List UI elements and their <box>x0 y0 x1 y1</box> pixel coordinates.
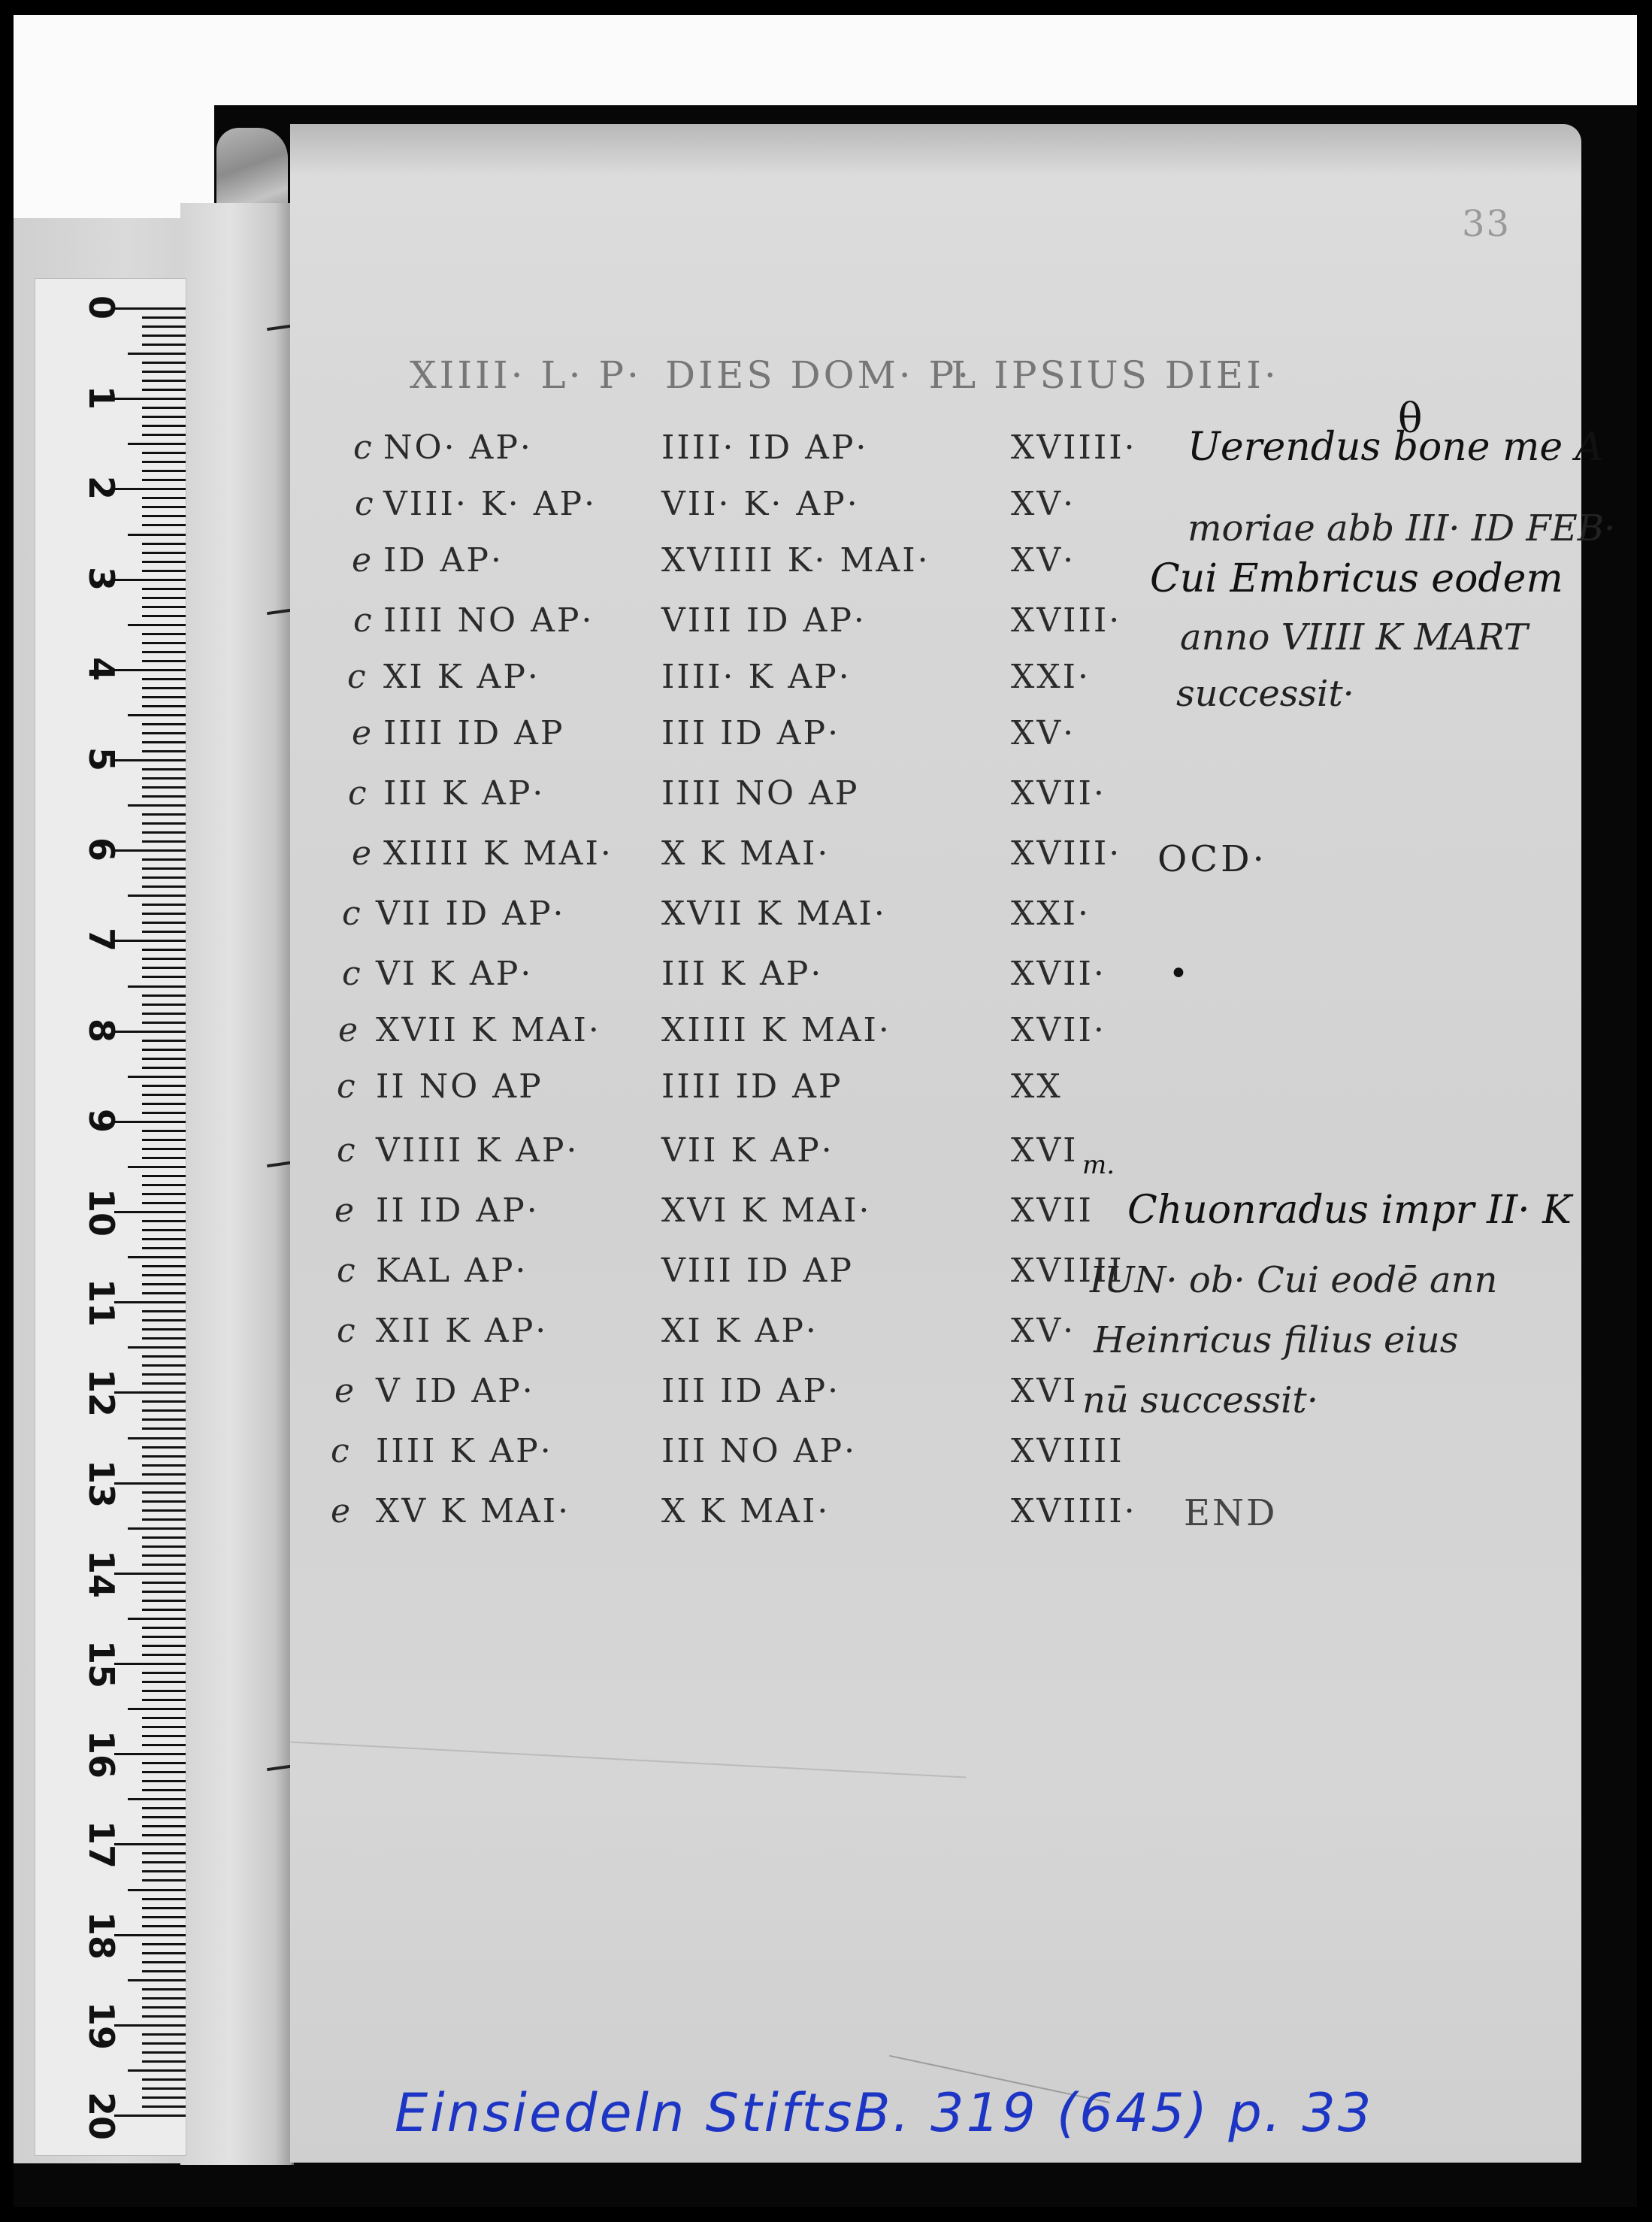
ruler-tick <box>142 1545 186 1548</box>
ruler-tick <box>142 949 186 951</box>
ruler-tick <box>142 1130 186 1132</box>
ruler-tick <box>114 849 186 852</box>
table-cell-col1: IIII NO AP· <box>383 601 594 640</box>
ruler-tick <box>142 1509 186 1512</box>
ruler-tick <box>114 1663 186 1665</box>
table-cell-col3: XVII <box>1011 1191 1094 1230</box>
ruler-tick <box>142 552 186 554</box>
ruler-number: 6 <box>84 827 119 872</box>
margin-note-line: Chuonradus impr II· K <box>1127 1188 1572 1233</box>
table-cell-col1: XIIII K MAI· <box>383 834 613 873</box>
table-cell-col3: XVI <box>1011 1131 1078 1170</box>
ruler-tick <box>142 813 186 816</box>
ruler-tick <box>142 1997 186 1999</box>
ruler-tick <box>142 1952 186 1954</box>
table-cell-col1: VIIII K AP· <box>376 1131 579 1170</box>
ruler-tick <box>142 1473 186 1476</box>
ruler-tick <box>142 642 186 644</box>
table-cell-col1: XV K MAI· <box>376 1492 570 1530</box>
ruler-tick <box>142 1771 186 1773</box>
row-letter: c <box>331 1432 349 1470</box>
ruler-tick <box>142 795 186 798</box>
ruler-tick <box>142 1907 186 1909</box>
ruler-tick <box>142 931 186 933</box>
ruler-tick <box>142 822 186 825</box>
margin-note-line: anno VIIII K MART <box>1180 616 1528 658</box>
row-letter: c <box>337 1067 356 1106</box>
ruler-tick <box>114 488 186 490</box>
ruler-tick <box>142 1726 186 1728</box>
row-letter: c <box>353 601 372 640</box>
ruler-tick <box>142 325 186 328</box>
table-cell-col1: VI K AP· <box>376 955 533 993</box>
ruler-tick <box>142 876 186 879</box>
table-cell-col2: VII K AP· <box>661 1131 834 1170</box>
ruler-tick <box>142 2060 186 2063</box>
folio-number: 33 <box>1462 203 1511 245</box>
ruler-tick <box>142 2015 186 2018</box>
ruler-tick <box>142 1004 186 1006</box>
ruler-tick <box>142 2033 186 2036</box>
ruler-tick <box>142 1247 186 1249</box>
ruler-tick <box>142 994 186 997</box>
margin-note-line: moriae abb III· ID FEB· <box>1188 507 1615 549</box>
table-cell-col2: III ID AP· <box>661 714 840 752</box>
margin-note-line: IUN· ob· Cui eodē ann <box>1090 1259 1497 1301</box>
table-cell-col2: III NO AP· <box>661 1432 857 1470</box>
ruler-tick <box>142 1328 186 1330</box>
ruler-tick <box>128 1166 186 1168</box>
table-cell-col3: XXI· <box>1011 658 1091 696</box>
ruler-number: 5 <box>84 737 119 782</box>
ruler-tick <box>114 1843 186 1845</box>
ruler-tick <box>142 958 186 960</box>
table-cell-col1: II NO AP <box>376 1067 543 1106</box>
ruler-number: 4 <box>84 646 119 692</box>
ruler-tick <box>142 696 186 698</box>
ruler-tick <box>142 976 186 978</box>
ruler-tick <box>142 858 186 861</box>
row-letter: e <box>352 834 371 873</box>
ruler-number: 20 <box>84 2092 119 2137</box>
ruler-number: 9 <box>84 1098 119 1143</box>
ruler-tick <box>142 543 186 545</box>
ruler-tick <box>114 2024 186 2027</box>
row-letter: c <box>342 955 361 993</box>
ruler-tick <box>142 1807 186 1809</box>
row-letter: c <box>342 895 361 933</box>
ruler-tick <box>142 1744 186 1746</box>
ruler-tick <box>128 2069 186 2072</box>
ruler-tick <box>142 913 186 915</box>
ruler-tick <box>142 371 186 373</box>
ruler-tick <box>142 1636 186 1638</box>
ruler-tick <box>142 1103 186 1105</box>
ruler-tick <box>142 1645 186 1647</box>
ruler-tick <box>114 579 186 581</box>
ruler-tick <box>142 389 186 391</box>
ruler-tick <box>142 1735 186 1737</box>
row-letter: c <box>347 658 366 696</box>
ruler-tick <box>142 1554 186 1557</box>
ruler-tick <box>142 2087 186 2090</box>
ruler-tick <box>142 570 186 572</box>
table-cell-col2: XVII K MAI· <box>661 895 887 933</box>
ruler-tick <box>142 588 186 590</box>
ruler-tick <box>142 922 186 924</box>
ruler-tick <box>142 1013 186 1015</box>
ruler-tick <box>142 2006 186 2009</box>
ruler-tick <box>142 2042 186 2045</box>
ruler-tick <box>142 461 186 463</box>
ruler-tick <box>142 651 186 653</box>
table-cell-col3: XV· <box>1011 714 1076 752</box>
table-cell-col3: XVIIII· <box>1011 428 1137 467</box>
ruler-tick <box>142 786 186 789</box>
ruler-tick <box>142 1157 186 1159</box>
ruler-tick <box>142 1699 186 1701</box>
row-letter: c <box>337 1252 356 1290</box>
ruler-tick <box>142 1427 186 1430</box>
margin-note-line: Cui Embricus eodem <box>1150 556 1563 601</box>
ruler-tick <box>142 885 186 888</box>
ruler-tick <box>128 1346 186 1349</box>
ruler-tick <box>128 534 186 536</box>
ruler-tick <box>142 633 186 635</box>
ruler-tick <box>142 1609 186 1611</box>
ruler-number: 16 <box>84 1730 119 1775</box>
ruler-tick <box>142 479 186 481</box>
ruler-tick <box>128 1437 186 1439</box>
ruler-tick <box>142 1455 186 1458</box>
ruler-tick <box>142 1970 186 1972</box>
table-cell-col2: VII· K· AP· <box>661 485 860 523</box>
ruler-tick <box>142 416 186 418</box>
ruler-tick <box>142 1681 186 1683</box>
ruler-tick <box>142 831 186 834</box>
ruler-number: 15 <box>84 1640 119 1685</box>
ruler-tick <box>142 705 186 707</box>
table-cell-col1: XI K AP· <box>383 658 540 696</box>
table-cell-col2: X K MAI· <box>661 1492 830 1530</box>
table-cell-col2: X K MAI· <box>661 834 830 873</box>
ruler-tick <box>142 1220 186 1222</box>
table-header-col2: DIES DOM· P· <box>665 353 972 397</box>
table-cell-col2: IIII NO AP <box>661 774 859 813</box>
table-cell-col3: XVIII· <box>1011 834 1121 873</box>
ruler-tick <box>114 1121 186 1123</box>
ruler-tick <box>142 1049 186 1051</box>
ruler-tick <box>114 1753 186 1755</box>
ruler-tick <box>142 1491 186 1494</box>
ruler-tick <box>142 1518 186 1521</box>
ruler-tick <box>128 443 186 445</box>
ruler-tick <box>142 1265 186 1267</box>
table-cell-col1: ID AP· <box>383 541 504 580</box>
ruler-tick <box>114 1031 186 1033</box>
ruler-number: 11 <box>84 1279 119 1324</box>
table-cell-col2: VIII ID AP <box>661 1252 854 1290</box>
row-letter: e <box>331 1492 350 1530</box>
ruler-tick <box>142 867 186 870</box>
ruler-tick <box>142 1382 186 1385</box>
ruler-tick <box>128 1618 186 1620</box>
ruler-tick <box>142 1310 186 1312</box>
ruler-tick <box>142 967 186 969</box>
row-letter: e <box>334 1372 354 1410</box>
ruler-number: 12 <box>84 1369 119 1414</box>
ruler-tick <box>142 1536 186 1539</box>
ruler-tick <box>128 714 186 716</box>
ruler-tick <box>142 1582 186 1584</box>
ruler-tick <box>142 1238 186 1240</box>
ruler-tick <box>142 1654 186 1656</box>
ruler-tick <box>128 804 186 807</box>
ruler-tick <box>142 1943 186 1945</box>
ruler-tick <box>142 1067 186 1069</box>
ruler-tick <box>142 1355 186 1358</box>
ruler-tick <box>128 1979 186 1981</box>
ruler-tick <box>142 777 186 780</box>
table-cell-col1: VIII· K· AP· <box>383 485 597 523</box>
row-letter: c <box>353 428 372 467</box>
ruler-tick <box>142 1672 186 1674</box>
ruler-tick <box>142 2078 186 2081</box>
end-mark: END <box>1184 1492 1278 1534</box>
ruler-tick <box>142 1400 186 1403</box>
ruler-tick <box>114 307 186 310</box>
ruler-tick <box>142 561 186 563</box>
book-spine <box>180 203 294 2165</box>
ruler-tick <box>142 1500 186 1503</box>
ruler-tick <box>128 353 186 355</box>
measurement-ruler: 01234567891011121314151617181920 <box>35 278 186 2156</box>
ruler-tick <box>142 1085 186 1087</box>
table-cell-col2: XIIII K MAI· <box>661 1011 891 1049</box>
ruler-tick <box>142 1591 186 1593</box>
ruler-tick <box>142 1916 186 1918</box>
ruler-tick <box>142 362 186 364</box>
table-cell-col2: IIII ID AP <box>661 1067 843 1106</box>
ruler-tick <box>142 1898 186 1900</box>
row-letter: c <box>355 485 374 523</box>
table-cell-col3: XVI <box>1011 1372 1078 1410</box>
ruler-tick <box>142 1193 186 1195</box>
ruler-tick <box>142 497 186 499</box>
ruler-tick <box>142 723 186 725</box>
ruler-tick <box>142 1925 186 1927</box>
ruler-tick <box>142 1852 186 1854</box>
ruler-tick <box>142 515 186 517</box>
ruler-number: 1 <box>84 375 119 420</box>
ruler-tick <box>142 1717 186 1719</box>
row-letter: c <box>348 774 367 813</box>
table-cell-col3: XX <box>1011 1067 1063 1106</box>
ruler-tick <box>128 1256 186 1258</box>
table-cell-col3: XV· <box>1011 485 1076 523</box>
ruler-tick <box>142 687 186 689</box>
ruler-tick <box>142 1564 186 1566</box>
ruler-tick <box>142 407 186 409</box>
ruler-number: 10 <box>84 1188 119 1234</box>
ruler-tick <box>142 1364 186 1367</box>
ruler-tick <box>142 1373 186 1376</box>
ruler-tick <box>142 1870 186 1872</box>
ruler-tick <box>142 452 186 454</box>
ruler-tick <box>142 1292 186 1294</box>
ruler-tick <box>142 615 186 617</box>
ruler-number: 7 <box>84 917 119 962</box>
ruler-tick <box>142 1175 186 1177</box>
ruler-tick <box>114 940 186 942</box>
table-cell-col1: NO· AP· <box>383 428 533 467</box>
ruler-tick <box>142 1094 186 1096</box>
ruler-number: 8 <box>84 1008 119 1053</box>
table-cell-col1: IIII ID AP <box>383 714 565 752</box>
ruler-tick <box>142 1274 186 1276</box>
row10-dot: • <box>1169 955 1188 993</box>
ruler-tick <box>142 606 186 608</box>
table-cell-col1: XVII K MAI· <box>376 1011 601 1049</box>
ruler-number: 19 <box>84 2002 119 2047</box>
ruler-tick <box>142 597 186 599</box>
ruler-tick <box>142 1022 186 1024</box>
ruler-tick <box>142 1139 186 1141</box>
table-header-col3: L IPSIUS DIEI· <box>951 353 1279 397</box>
table-cell-col3: XVIIII <box>1011 1432 1124 1470</box>
table-cell-col3: XV· <box>1011 541 1076 580</box>
ruler-tick <box>142 1780 186 1782</box>
ruler-tick <box>142 1834 186 1836</box>
ruler-tick <box>142 425 186 427</box>
ruler-tick <box>142 2105 186 2108</box>
ruler-tick <box>114 1573 186 1575</box>
ruler-tick <box>114 1482 186 1485</box>
ruler-tick <box>142 1446 186 1449</box>
ruler-tick <box>142 1988 186 1990</box>
margin-note-line: successit· <box>1176 673 1354 715</box>
ruler-tick <box>128 1076 186 1078</box>
ruler-tick <box>142 2096 186 2099</box>
ruler-tick <box>142 1283 186 1285</box>
table-cell-col3: XVIIII· <box>1011 1492 1137 1530</box>
table-cell-col3: XVII· <box>1011 1011 1106 1049</box>
ruler-tick <box>114 1211 186 1213</box>
table-cell-col1: II ID AP· <box>376 1191 540 1230</box>
ruler-tick <box>114 669 186 671</box>
ruler-tick <box>142 434 186 436</box>
table-cell-col2: III K AP· <box>661 955 823 993</box>
table-cell-col1: IIII K AP· <box>376 1432 553 1470</box>
table-cell-col2: XVI K MAI· <box>661 1191 872 1230</box>
table-cell-col1: III K AP· <box>383 774 545 813</box>
table-cell-col3: XVIII· <box>1011 601 1121 640</box>
table-cell-col2: III ID AP· <box>661 1372 840 1410</box>
ruler-number: 13 <box>84 1460 119 1505</box>
ruler-tick <box>142 1825 186 1827</box>
row-letter: e <box>334 1191 354 1230</box>
margin-note-line: Heinricus filius eius <box>1094 1319 1458 1361</box>
ruler-tick <box>142 2051 186 2054</box>
ruler-tick <box>142 904 186 906</box>
ruler-tick <box>114 2115 186 2117</box>
table-cell-col3: XV· <box>1011 1312 1076 1350</box>
row-letter: e <box>338 1011 358 1049</box>
ruler-tick <box>142 1861 186 1863</box>
ruler-tick <box>142 1762 186 1764</box>
annotation-mark: m. <box>1082 1150 1115 1180</box>
ruler-tick <box>142 840 186 843</box>
ruler-tick <box>142 1418 186 1421</box>
ruler-tick <box>142 732 186 734</box>
ruler-tick <box>128 895 186 897</box>
ruler-tick <box>142 1789 186 1791</box>
ruler-tick <box>142 1627 186 1629</box>
row-letter: e <box>352 541 371 580</box>
row-letter: c <box>337 1312 356 1350</box>
ruler-tick <box>142 524 186 526</box>
ruler-tick <box>114 759 186 761</box>
table-cell-col1: V ID AP· <box>376 1372 535 1410</box>
table-cell-col2: XI K AP· <box>661 1312 818 1350</box>
ruler-tick <box>142 1058 186 1060</box>
ruler-tick <box>142 1184 186 1186</box>
ruler-number: 0 <box>84 285 119 330</box>
ruler-tick <box>142 470 186 472</box>
ruler-tick <box>142 1112 186 1114</box>
ruler-number: 3 <box>84 556 119 601</box>
table-cell-col3: XXI· <box>1011 895 1091 933</box>
ruler-tick <box>142 1464 186 1467</box>
ruler-tick <box>114 1301 186 1303</box>
ruler-tick <box>142 380 186 382</box>
ruler-tick <box>128 985 186 988</box>
ruler-tick <box>128 1889 186 1891</box>
shelfmark-label: Einsiedeln StiftsB. 319 (645) p. 33 <box>395 2082 1373 2144</box>
table-header-col1: XIIII· L· P· <box>410 353 642 397</box>
ruler-tick <box>142 1600 186 1602</box>
table-cell-col3: XVII· <box>1011 955 1106 993</box>
ruler-tick <box>114 1391 186 1394</box>
ruler-tick <box>142 1202 186 1204</box>
ruler-tick <box>142 1337 186 1340</box>
ruler-tick <box>114 1934 186 1936</box>
ruler-tick <box>142 1409 186 1412</box>
ruler-tick <box>142 750 186 752</box>
table-cell-col1: KAL AP· <box>376 1252 528 1290</box>
ruler-tick <box>142 678 186 680</box>
ruler-tick <box>114 398 186 400</box>
ruler-tick <box>142 1319 186 1321</box>
row8-annotation: OCD· <box>1157 838 1267 880</box>
ruler-number: 18 <box>84 1912 119 1957</box>
table-cell-col2: IIII· ID AP· <box>661 428 869 467</box>
ruler-tick <box>128 1708 186 1710</box>
ruler-tick <box>128 1798 186 1800</box>
table-cell-col2: VIII ID AP· <box>661 601 867 640</box>
ruler-tick <box>128 624 186 626</box>
ruler-tick <box>142 1816 186 1818</box>
table-cell-col3: XVII· <box>1011 774 1106 813</box>
ruler-tick <box>142 741 186 743</box>
ruler-tick <box>128 1527 186 1530</box>
ruler-tick <box>142 768 186 770</box>
ruler-number: 14 <box>84 1550 119 1595</box>
table-cell-col1: VII ID AP· <box>376 895 566 933</box>
ruler-tick <box>142 1229 186 1231</box>
row-letter: e <box>352 714 371 752</box>
margin-note-line: nū successit· <box>1082 1379 1318 1421</box>
